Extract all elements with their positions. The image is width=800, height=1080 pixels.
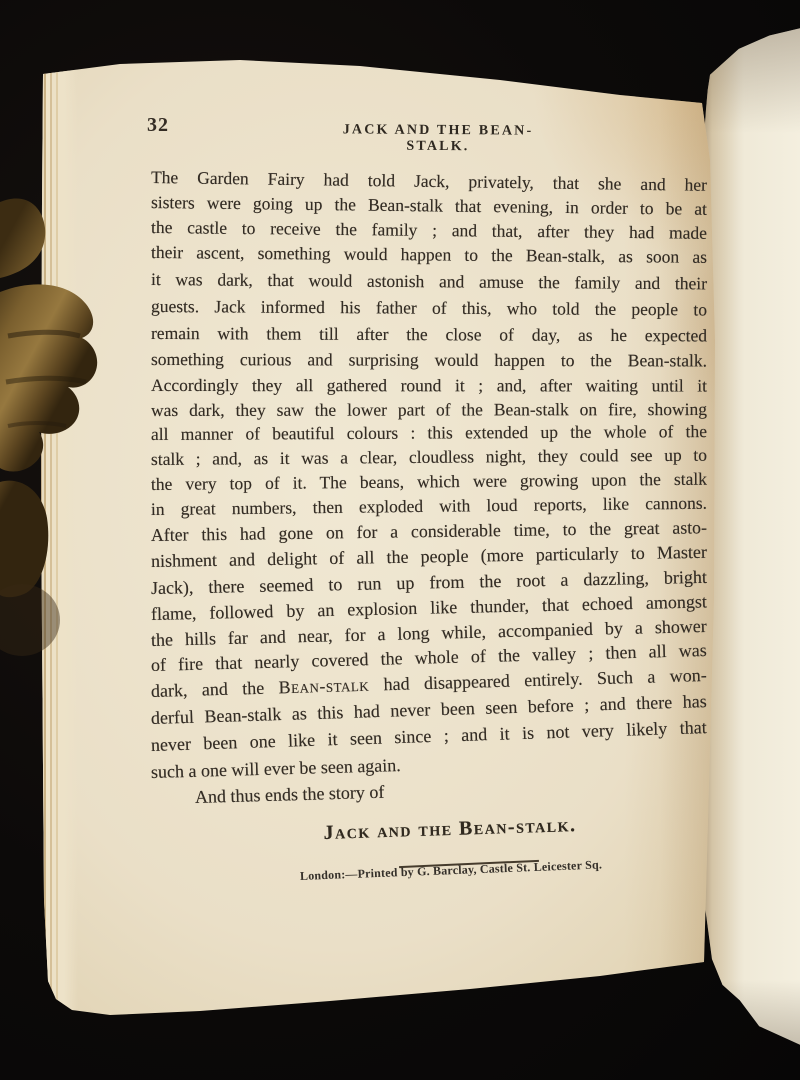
- brass-hand-icon: [0, 190, 118, 662]
- book-page: 32 JACK AND THE BEAN-STALK. The Garden F…: [0, 0, 800, 1080]
- text-line: it was dark, that would astonish and amu…: [151, 269, 707, 297]
- text-line: all manner of beautiful colours : this e…: [151, 421, 707, 448]
- small-caps-word: Bean-stalk: [278, 675, 369, 698]
- page-number: 32: [147, 114, 169, 137]
- story-end-title: Jack and the Bean-stalk.: [320, 814, 581, 845]
- text-line: guests. Jack informed his father of this…: [151, 296, 707, 323]
- text-line: remain with them till after the close of…: [151, 323, 707, 349]
- text-line: was dark, they saw the lower part of the…: [151, 399, 707, 424]
- text-line: their ascent, something would happen to …: [151, 242, 707, 271]
- running-head: JACK AND THE BEAN-STALK.: [316, 122, 560, 156]
- text-line: Accordingly they all gathered round it ;…: [151, 375, 707, 399]
- printer-imprint: London:—Printed by G. Barclay, Castle St…: [300, 856, 630, 884]
- book-photo-scene: 32 JACK AND THE BEAN-STALK. The Garden F…: [0, 0, 800, 1080]
- text-line: something curious and surprising would h…: [151, 349, 707, 374]
